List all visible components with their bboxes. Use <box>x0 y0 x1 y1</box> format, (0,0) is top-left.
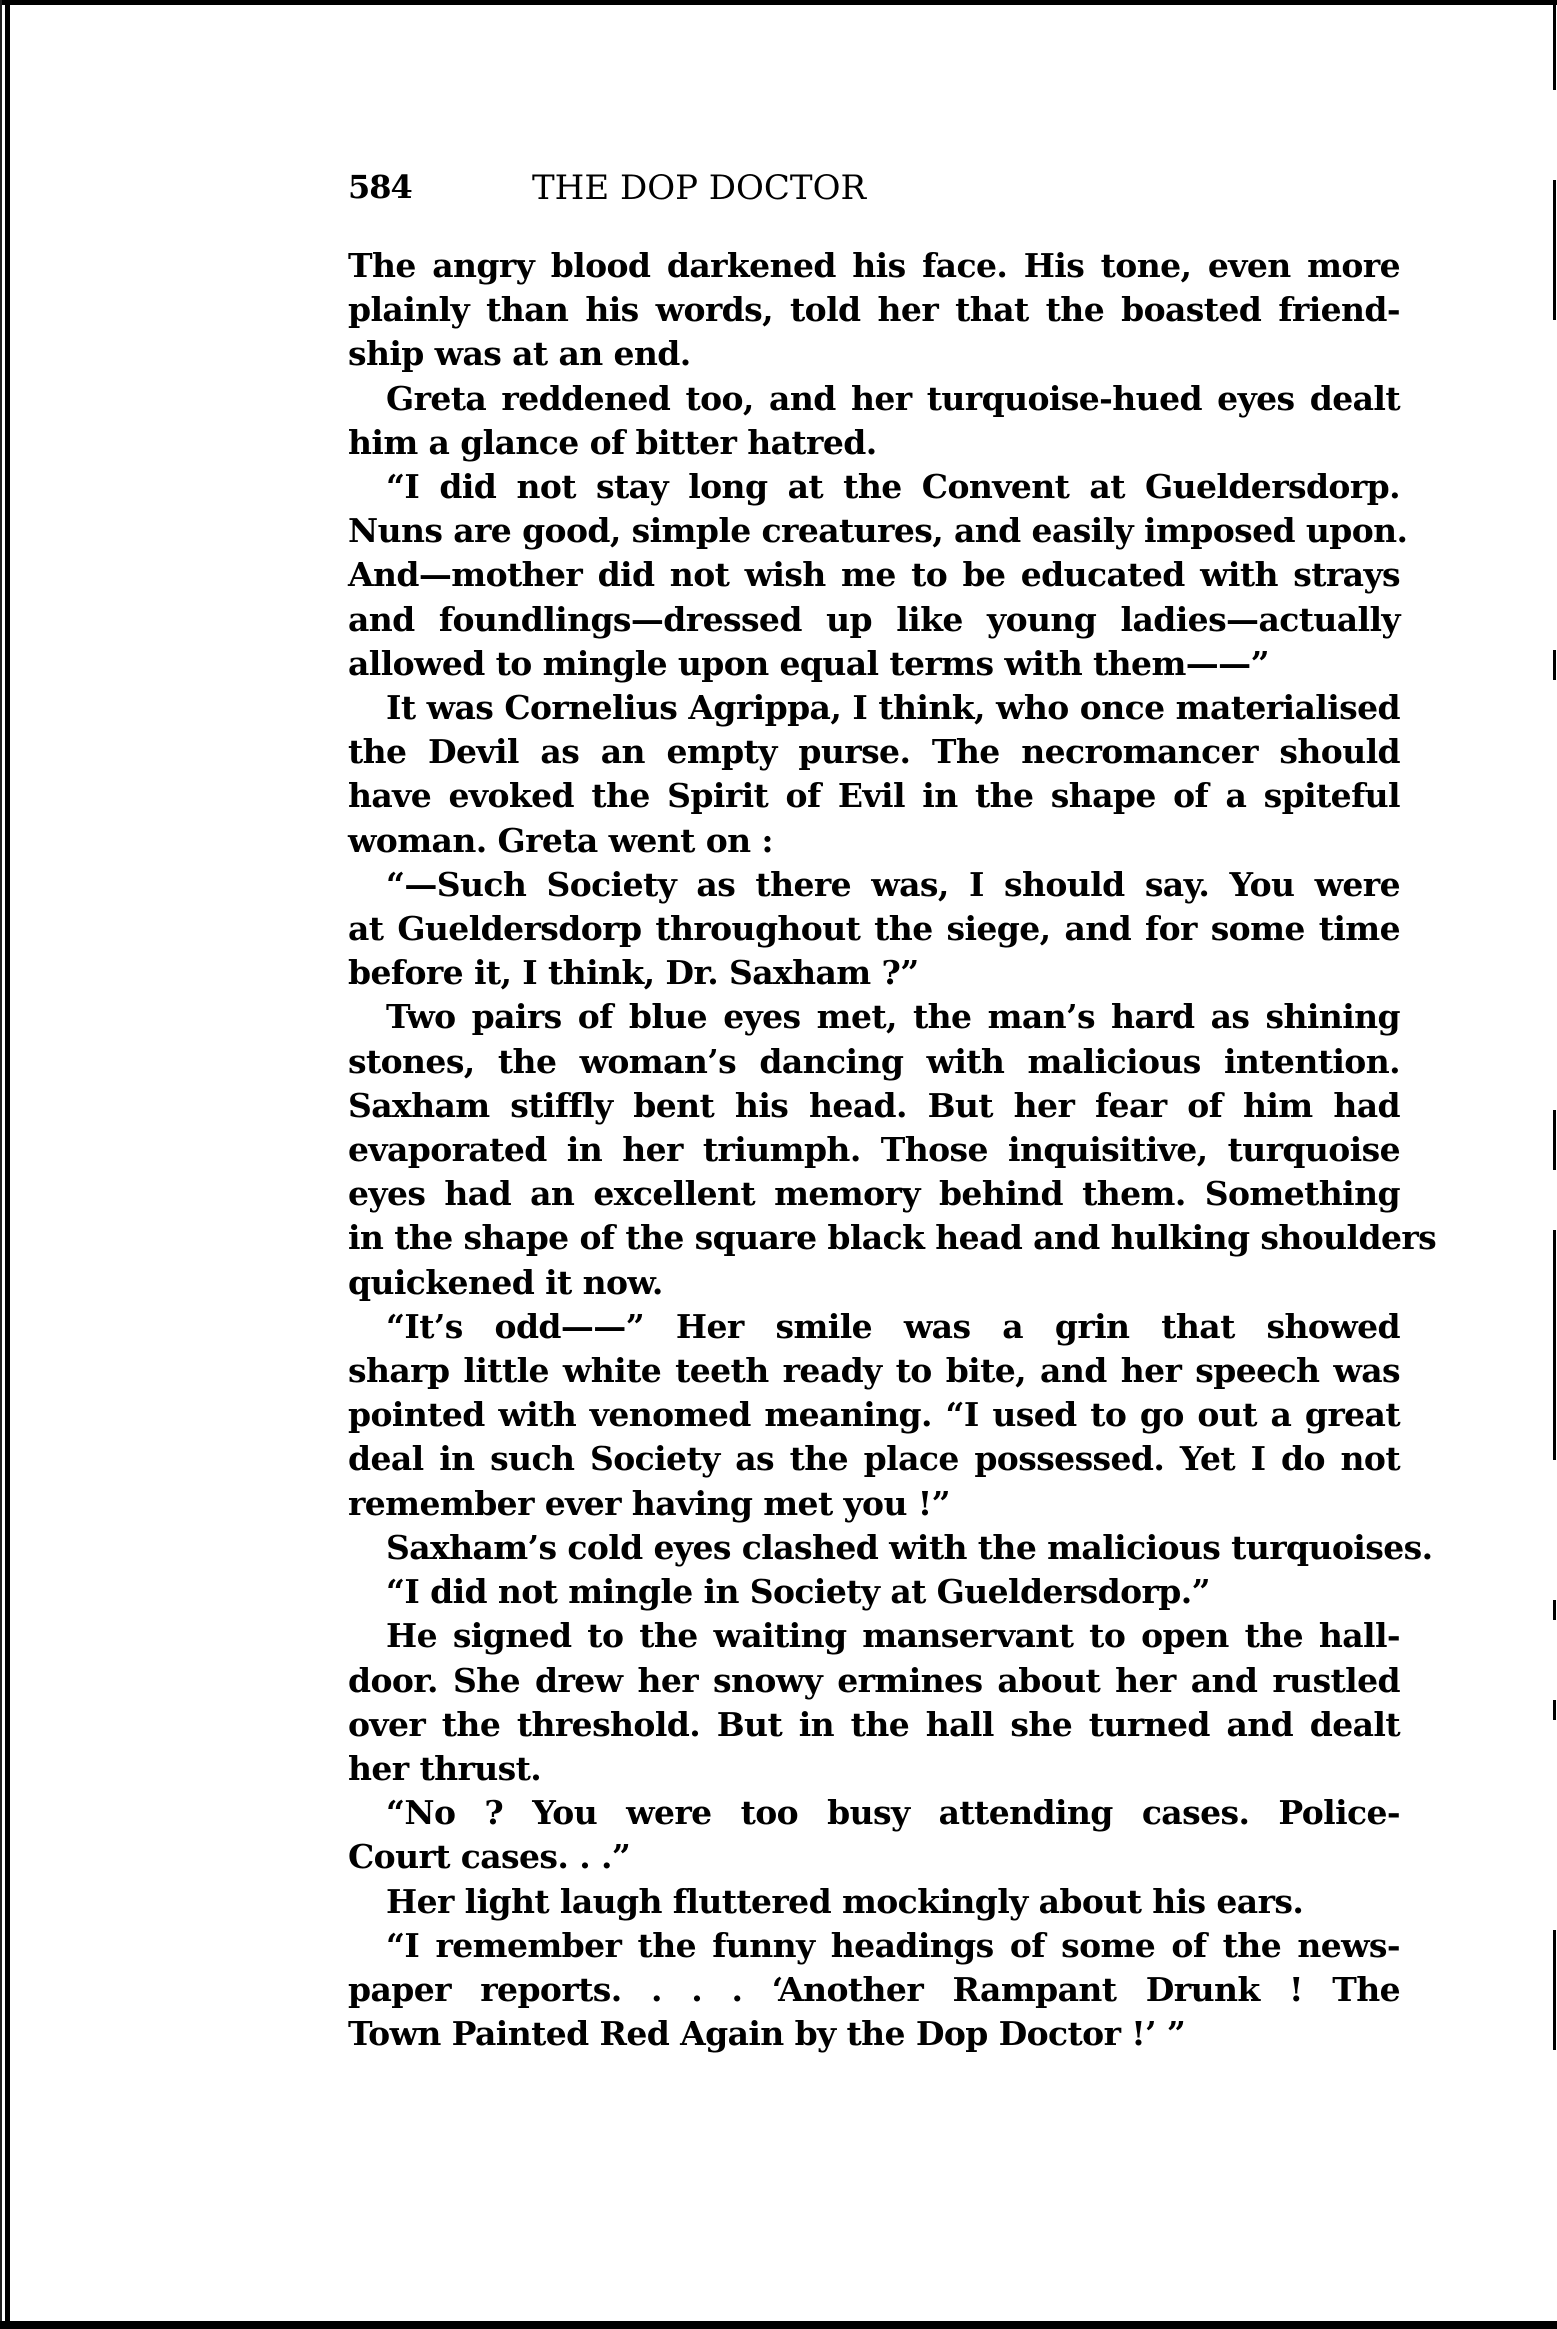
text-line: He signed to the waiting manservant to o… <box>348 1614 1400 1658</box>
text-line: “I did not stay long at the Convent at G… <box>348 465 1400 509</box>
text-line: Town Painted Red Again by the Dop Doctor… <box>348 2012 1400 2056</box>
text-line: eyes had an excellent memory behind them… <box>348 1172 1400 1216</box>
text-line: allowed to mingle upon equal terms with … <box>348 642 1400 686</box>
text-line: “No ? You were too busy attending cases.… <box>348 1791 1400 1835</box>
scan-edge-mark <box>1553 180 1556 320</box>
text-line: stones, the woman’s dancing with malicio… <box>348 1040 1400 1084</box>
scan-border-top <box>0 0 1557 5</box>
text-line: Nuns are good, simple creatures, and eas… <box>348 509 1400 553</box>
text-line: before it, I think, Dr. Saxham ?” <box>348 951 1400 995</box>
text-line: her thrust. <box>348 1747 1400 1791</box>
scan-edge-mark <box>1553 1700 1556 1720</box>
body-text: The angry blood darkened his face. His t… <box>348 244 1400 2056</box>
text-line: “It’s odd——” Her smile was a grin that s… <box>348 1305 1400 1349</box>
scan-edge-mark <box>1553 1110 1556 1170</box>
text-line: “—Such Society as there was, I should sa… <box>348 863 1400 907</box>
text-line: deal in such Society as the place posses… <box>348 1437 1400 1481</box>
text-line: evaporated in her triumph. Those inquisi… <box>348 1128 1400 1172</box>
book-page: 584 THE DOP DOCTOR The angry blood darke… <box>348 168 1400 2056</box>
text-line: him a glance of bitter hatred. <box>348 421 1400 465</box>
text-line: in the shape of the square black head an… <box>348 1216 1400 1260</box>
scan-border-bottom <box>0 2321 1557 2329</box>
text-line: door. She drew her snowy ermines about h… <box>348 1659 1400 1703</box>
text-line: quickened it now. <box>348 1261 1400 1305</box>
scan-edge-mark <box>1553 1600 1556 1620</box>
text-line: Saxham stiffly bent his head. But her fe… <box>348 1084 1400 1128</box>
text-line: and foundlings—dressed up like young lad… <box>348 598 1400 642</box>
text-line: at Gueldersdorp throughout the siege, an… <box>348 907 1400 951</box>
text-line: “I remember the funny headings of some o… <box>348 1924 1400 1968</box>
scan-edge-mark <box>1553 1230 1556 1460</box>
text-line: sharp little white teeth ready to bite, … <box>348 1349 1400 1393</box>
text-line: the Devil as an empty purse. The necroma… <box>348 730 1400 774</box>
text-line: have evoked the Spirit of Evil in the sh… <box>348 774 1400 818</box>
text-line: over the threshold. But in the hall she … <box>348 1703 1400 1747</box>
running-title: THE DOP DOCTOR <box>532 168 866 208</box>
text-line: plainly than his words, told her that th… <box>348 288 1400 332</box>
scan-edge-mark <box>1553 650 1556 680</box>
text-line: remember ever having met you !” <box>348 1482 1400 1526</box>
running-head: 584 THE DOP DOCTOR <box>348 168 1400 218</box>
text-line: Two pairs of blue eyes met, the man’s ha… <box>348 995 1400 1039</box>
text-line: And—mother did not wish me to be educate… <box>348 553 1400 597</box>
text-line: Court cases. . .” <box>348 1835 1400 1879</box>
scan-edge-mark <box>1553 1930 1556 2050</box>
text-line: The angry blood darkened his face. His t… <box>348 244 1400 288</box>
text-line: It was Cornelius Agrippa, I think, who o… <box>348 686 1400 730</box>
scan-border-left-outer <box>0 0 2 2329</box>
text-line: Greta reddened too, and her turquoise-hu… <box>348 377 1400 421</box>
scan-border-left <box>5 0 10 2329</box>
text-line: ship was at an end. <box>348 332 1400 376</box>
text-line: Saxham’s cold eyes clashed with the mali… <box>348 1526 1400 1570</box>
text-line: “I did not mingle in Society at Guelders… <box>348 1570 1400 1614</box>
text-line: woman. Greta went on : <box>348 819 1400 863</box>
scan-edge-mark <box>1553 0 1556 90</box>
page-number: 584 <box>348 168 412 206</box>
text-line: pointed with venomed meaning. “I used to… <box>348 1393 1400 1437</box>
text-line: Her light laugh fluttered mockingly abou… <box>348 1880 1400 1924</box>
text-line: paper reports. . . . ‘Another Rampant Dr… <box>348 1968 1400 2012</box>
